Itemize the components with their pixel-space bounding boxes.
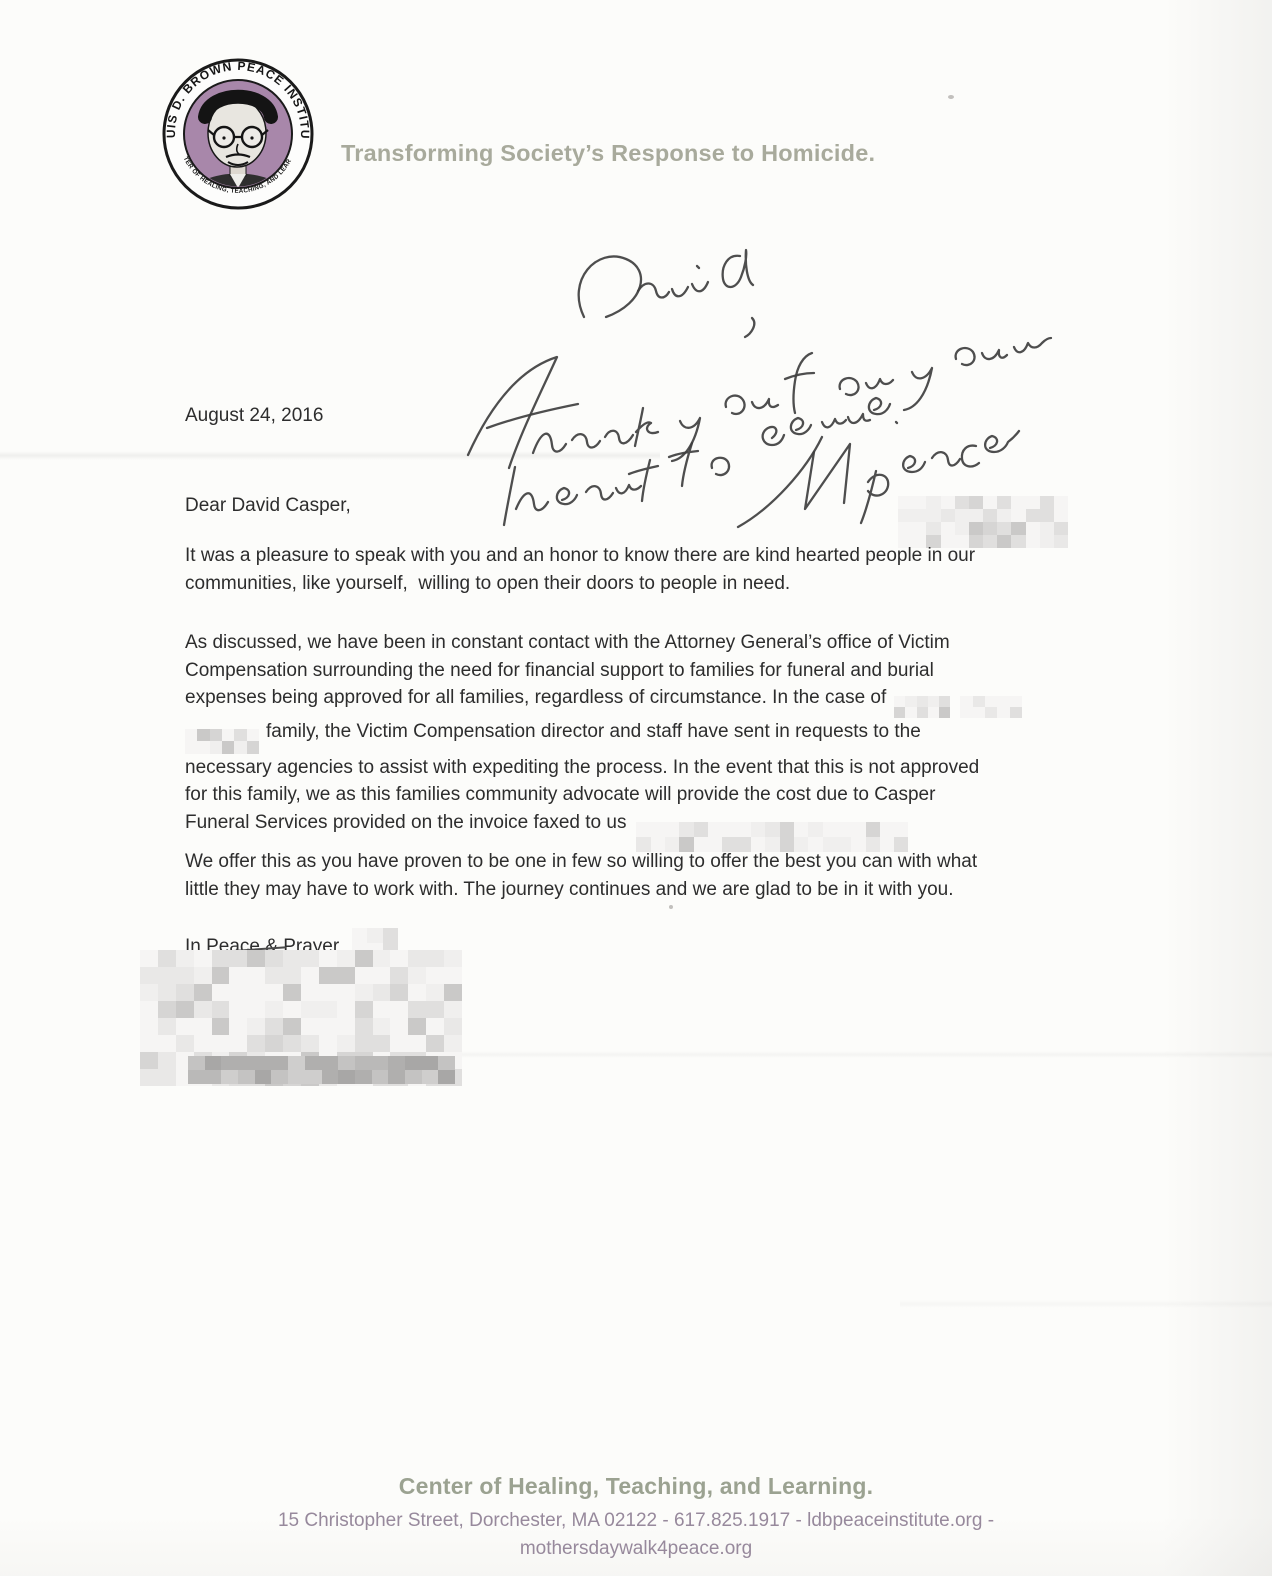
body-line: We offer this as you have proven to be o… (185, 848, 977, 876)
body-line: necessary agencies to assist with expedi… (185, 754, 1022, 782)
body-line: Compensation surrounding the need for fi… (185, 657, 1022, 685)
paragraph-2: As discussed, we have been in constant c… (185, 629, 1022, 852)
scanned-letter-page: LOUIS D. BROWN PEACE INSTITUTE CENTER OF… (0, 0, 1272, 1576)
redaction-fax-info (636, 822, 908, 852)
footer-address-line1: 15 Christopher Street, Dorchester, MA 02… (0, 1510, 1272, 1532)
body-line: expenses being approved for all families… (185, 684, 1022, 718)
paper-crease (900, 1300, 1272, 1308)
paper-crease (0, 451, 660, 460)
letter-salutation: Dear David Casper, (185, 492, 351, 520)
scan-shadow-right (1162, 0, 1272, 1576)
redaction-name-1 (894, 696, 950, 718)
body-line: It was a pleasure to speak with you and … (185, 542, 975, 570)
body-line: communities, like yourself, willing to o… (185, 570, 975, 598)
paragraph-3: We offer this as you have proven to be o… (185, 848, 977, 903)
handwriting-thank-you-for-your (468, 338, 1051, 468)
body-line: Funeral Services provided on the invoice… (185, 809, 1022, 852)
footer-address-line2: mothersdaywalk4peace.org (0, 1538, 1272, 1560)
logo-badge-icon: LOUIS D. BROWN PEACE INSTITUTE CENTER OF… (160, 56, 316, 212)
redaction-signature-name-line (188, 1056, 455, 1084)
redaction-handwritten-name (898, 496, 1068, 548)
body-line: family, the Victim Compensation director… (185, 718, 1022, 754)
scan-speck (948, 95, 954, 99)
paper-crease (430, 1051, 1272, 1058)
footer-title: Center of Healing, Teaching, and Learnin… (0, 1473, 1272, 1500)
body-line: for this family, we as this families com… (185, 781, 1022, 809)
scan-speck (669, 905, 673, 909)
peace-institute-logo: LOUIS D. BROWN PEACE INSTITUTE CENTER OF… (160, 56, 316, 212)
body-line: little they may have to work with. The j… (185, 876, 977, 904)
handwriting-heart-to-serve (504, 398, 897, 525)
body-line: As discussed, we have been in constant c… (185, 629, 1022, 657)
tagline: Transforming Society’s Response to Homic… (341, 140, 875, 167)
redaction-name-2 (960, 696, 1022, 718)
redaction-name-3 (185, 729, 259, 754)
handwriting-david (579, 250, 755, 337)
paragraph-1: It was a pleasure to speak with you and … (185, 542, 975, 597)
letter-date: August 24, 2016 (185, 402, 323, 430)
